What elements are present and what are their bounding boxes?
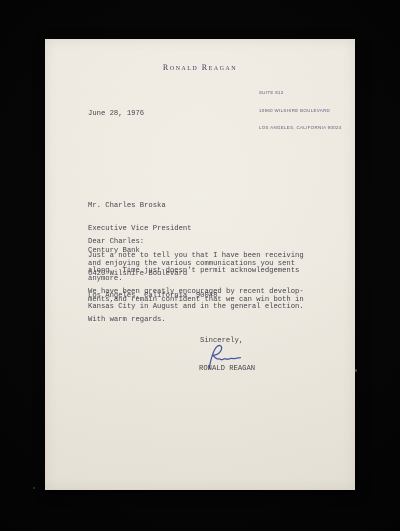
body-paragraph: Just a note to tell you that I have been…	[88, 253, 313, 283]
salutation: Dear Charles:	[88, 239, 144, 247]
closing-line: With warm regards.	[88, 317, 166, 325]
dust-speck	[33, 487, 35, 489]
letter-date: June 28, 1976	[88, 111, 144, 119]
letterhead-address: SUITE 812 10960 WILSHIRE BOULEVARD LOS A…	[259, 78, 342, 143]
letterhead-address-line: LOS ANGELES, CALIFORNIA 90024	[259, 125, 342, 131]
letter-paper: Ronald Reagan SUITE 812 10960 WILSHIRE B…	[45, 39, 355, 490]
letterhead-address-line: 10960 WILSHIRE BOULEVARD	[259, 108, 342, 114]
photo-background: Ronald Reagan SUITE 812 10960 WILSHIRE B…	[0, 0, 400, 531]
body-paragraph: We have been greatly encouraged by recen…	[88, 289, 313, 312]
letterhead-address-line: SUITE 812	[259, 90, 342, 96]
recipient-line: Executive Vice President	[88, 226, 217, 234]
typed-signature-name: RONALD REAGAN	[199, 366, 255, 374]
recipient-line: Mr. Charles Broska	[88, 203, 217, 211]
letterhead-name: Ronald Reagan	[45, 63, 355, 72]
dust-speck	[355, 369, 357, 372]
